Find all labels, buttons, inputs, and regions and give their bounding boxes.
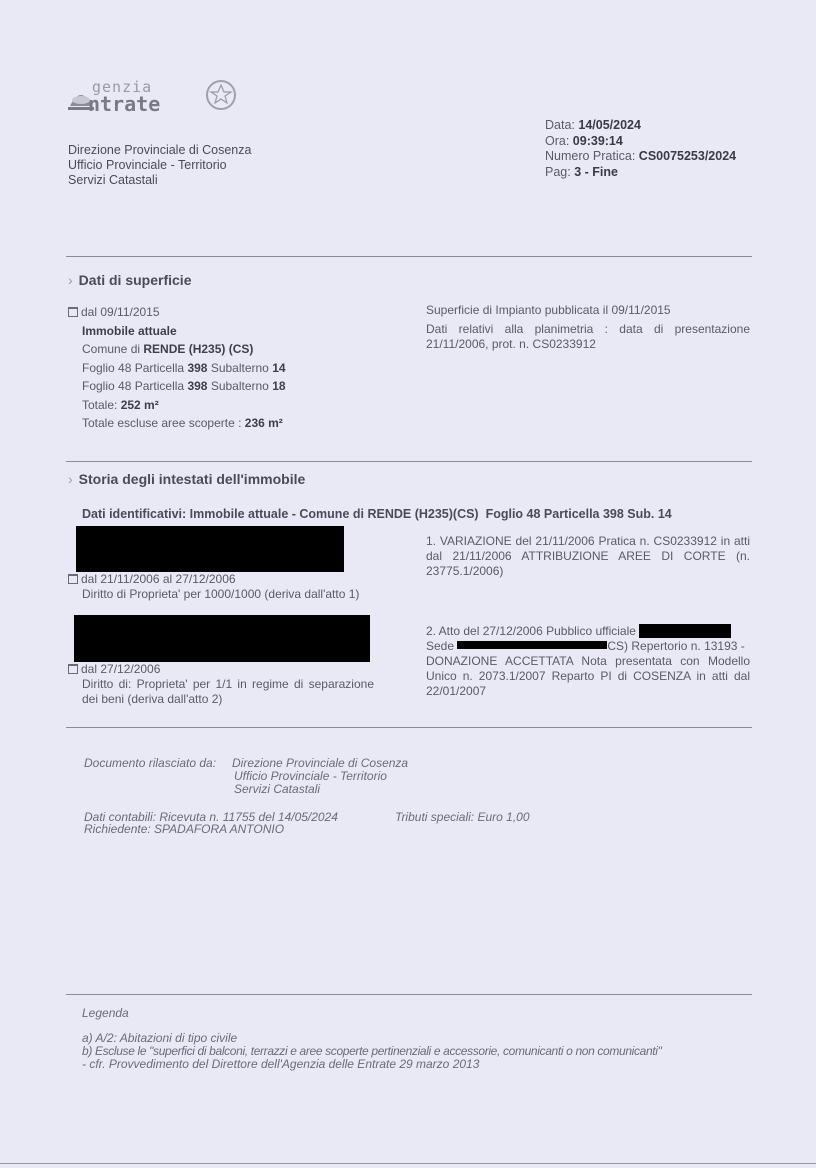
impianto-text: Superficie di Impianto pubblicata il 09/…	[426, 303, 750, 318]
chevron-right-icon: ›	[68, 471, 73, 487]
redacted-owner-name	[74, 615, 370, 662]
calendar-icon	[68, 664, 78, 674]
entry-1-left: dal 21/11/2006 al 27/12/2006 Diritto di …	[68, 572, 378, 602]
meta-ora-value: 09:39:14	[573, 134, 623, 148]
entry-1-atto: 1. VARIAZIONE del 21/11/2006 Pratica n. …	[426, 534, 750, 579]
entry-period: dal 21/11/2006 al 27/12/2006	[81, 572, 236, 586]
rilasciato-office: Direzione Provinciale di Cosenza Ufficio…	[232, 757, 408, 796]
redacted-notary	[639, 624, 731, 638]
entry-diritto: Diritto di Proprieta' per 1000/1000 (der…	[68, 587, 378, 602]
italian-emblem-icon	[204, 78, 238, 112]
section-title-superficie: ›Dati di superficie	[68, 272, 191, 288]
legenda-items: a) A/2: Abitazioni di tipo civile b) Esc…	[82, 1032, 782, 1071]
richiedente: Richiedente: SPADAFORA ANTONIO	[84, 823, 284, 836]
meta-pratica-value: CS0075253/2024	[639, 149, 736, 163]
logo-word-bottom: ntrate	[88, 92, 160, 116]
superficie-dal: dal 09/11/2015	[81, 305, 160, 319]
immobile-label: Immobile attuale	[82, 324, 177, 338]
office-line: Servizi Catastali	[68, 173, 251, 188]
rilasciato-label: Documento rilasciato da:	[84, 757, 216, 770]
page-edge	[0, 1163, 816, 1164]
meta-pag-value: 3 - Fine	[574, 165, 618, 179]
redacted-sede	[457, 641, 607, 649]
office-block: Direzione Provinciale di Cosenza Ufficio…	[68, 143, 251, 188]
superficie-left: dal 09/11/2015 Immobile attuale Comune d…	[68, 303, 286, 433]
totale-row: Totale: 252 m²	[68, 396, 286, 415]
superficie-right: Superficie di Impianto pubblicata il 09/…	[426, 303, 750, 352]
document-meta: Data: 14/05/2024 Ora: 09:39:14 Numero Pr…	[545, 118, 736, 180]
section-title-storia: ›Storia degli intestati dell'immobile	[68, 471, 305, 487]
tributi-speciali: Tributi speciali: Euro 1,00	[395, 811, 530, 824]
divider	[66, 994, 752, 995]
office-line: Ufficio Provinciale - Territorio	[68, 158, 251, 173]
office-line: Direzione Provinciale di Cosenza	[68, 143, 251, 158]
foglio-row: Foglio 48 Particella 398 Subalterno 14	[68, 359, 286, 378]
dati-identificativi: Dati identificativi: Immobile attuale - …	[82, 507, 672, 521]
comune-row: Comune di RENDE (H235) (CS)	[68, 340, 286, 359]
meta-pratica: Numero Pratica: CS0075253/2024	[545, 149, 736, 165]
divider	[66, 727, 752, 728]
entry-period: dal 27/12/2006	[81, 662, 160, 676]
divider	[66, 461, 752, 462]
entry-diritto: Diritto di: Proprieta' per 1/1 in regime…	[68, 677, 374, 707]
legenda-title: Legenda	[82, 1007, 129, 1020]
calendar-icon	[68, 574, 78, 584]
entry-2-atto: 2. Atto del 27/12/2006 Pubblico ufficial…	[426, 624, 750, 699]
divider	[66, 256, 752, 257]
redacted-owner-name	[76, 526, 344, 572]
entry-2-left: dal 27/12/2006 Diritto di: Proprieta' pe…	[68, 662, 374, 707]
meta-ora: Ora: 09:39:14	[545, 134, 736, 150]
agenzia-entrate-logo: genzia ntrate	[62, 76, 242, 120]
chevron-right-icon: ›	[68, 272, 73, 288]
legenda-item: - cfr. Provvedimento del Direttore dell'…	[82, 1058, 782, 1071]
totale-escluse-row: Totale escluse aree scoperte : 236 m²	[68, 414, 286, 433]
calendar-icon	[68, 307, 78, 317]
planimetria-text: Dati relativi alla planimetria : data di…	[426, 322, 750, 352]
meta-data: Data: 14/05/2024	[545, 118, 736, 134]
meta-pag: Pag: 3 - Fine	[545, 165, 736, 181]
meta-data-value: 14/05/2024	[578, 118, 641, 132]
foglio-row: Foglio 48 Particella 398 Subalterno 18	[68, 377, 286, 396]
